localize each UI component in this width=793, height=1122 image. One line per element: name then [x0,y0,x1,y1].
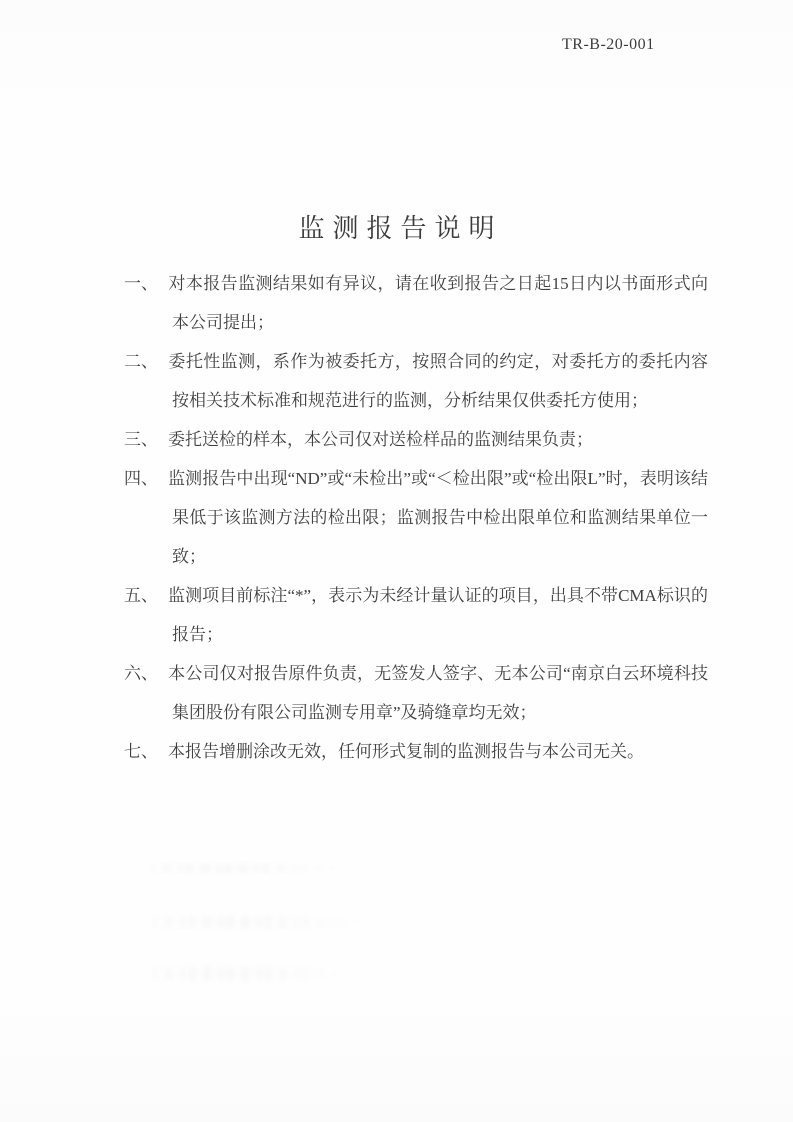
clause-text: 本公司仅对报告原件负责，无签发人签字、无本公司“南京白云环境科技集团股份有限公司… [168,664,708,722]
clause-marker: 二、 [124,342,168,381]
clause-marker: 四、 [124,459,168,498]
ink-bleed-through-smudge [150,860,340,877]
clause-marker: 六、 [124,654,168,693]
clause-item-3: 三、委托送检的样本，本公司仅对送检样品的监测结果负责； [124,420,708,459]
clause-text: 委托性监测，系作为被委托方，按照合同的约定，对委托方的委托内容按相关技术标准和规… [168,352,708,410]
clause-text: 对本报告监测结果如有异议，请在收到报告之日起15日内以书面形式向本公司提出； [168,274,708,332]
clause-marker: 五、 [124,576,168,615]
scanned-document-page: TR-B-20-001 监测报告说明 一、对本报告监测结果如有异议，请在收到报告… [0,0,793,1122]
clause-marker: 三、 [124,420,168,459]
ink-bleed-through-smudge [152,912,362,933]
clause-marker: 一、 [124,264,168,303]
clause-text: 委托送检的样本，本公司仅对送检样品的监测结果负责； [168,430,593,449]
clause-item-4: 四、监测报告中出现“ND”或“未检出”或“＜检出限”或“检出限L”时，表明该结果… [124,459,708,576]
clause-text: 监测项目前标注“*”，表示为未经计量认证的项目，出具不带CMA标识的报告； [168,586,708,644]
clause-item-7: 七、本报告增删涂改无效，任何形式复制的监测报告与本公司无关。 [124,732,708,771]
clause-item-2: 二、委托性监测，系作为被委托方，按照合同的约定，对委托方的委托内容按相关技术标准… [124,342,708,420]
clause-item-1: 一、对本报告监测结果如有异议，请在收到报告之日起15日内以书面形式向本公司提出； [124,264,708,342]
page-title: 监测报告说明 [0,208,793,245]
clause-item-5: 五、监测项目前标注“*”，表示为未经计量认证的项目，出具不带CMA标识的报告； [124,576,708,654]
ink-bleed-through-smudge [152,962,342,985]
document-number: TR-B-20-001 [562,36,655,54]
clause-item-6: 六、本公司仅对报告原件负责，无签发人签字、无本公司“南京白云环境科技集团股份有限… [124,654,708,732]
clause-text: 本报告增删涂改无效，任何形式复制的监测报告与本公司无关。 [168,742,644,761]
clause-list: 一、对本报告监测结果如有异议，请在收到报告之日起15日内以书面形式向本公司提出；… [124,264,708,771]
clause-marker: 七、 [124,732,168,771]
clause-text: 监测报告中出现“ND”或“未检出”或“＜检出限”或“检出限L”时，表明该结果低于… [168,469,708,566]
